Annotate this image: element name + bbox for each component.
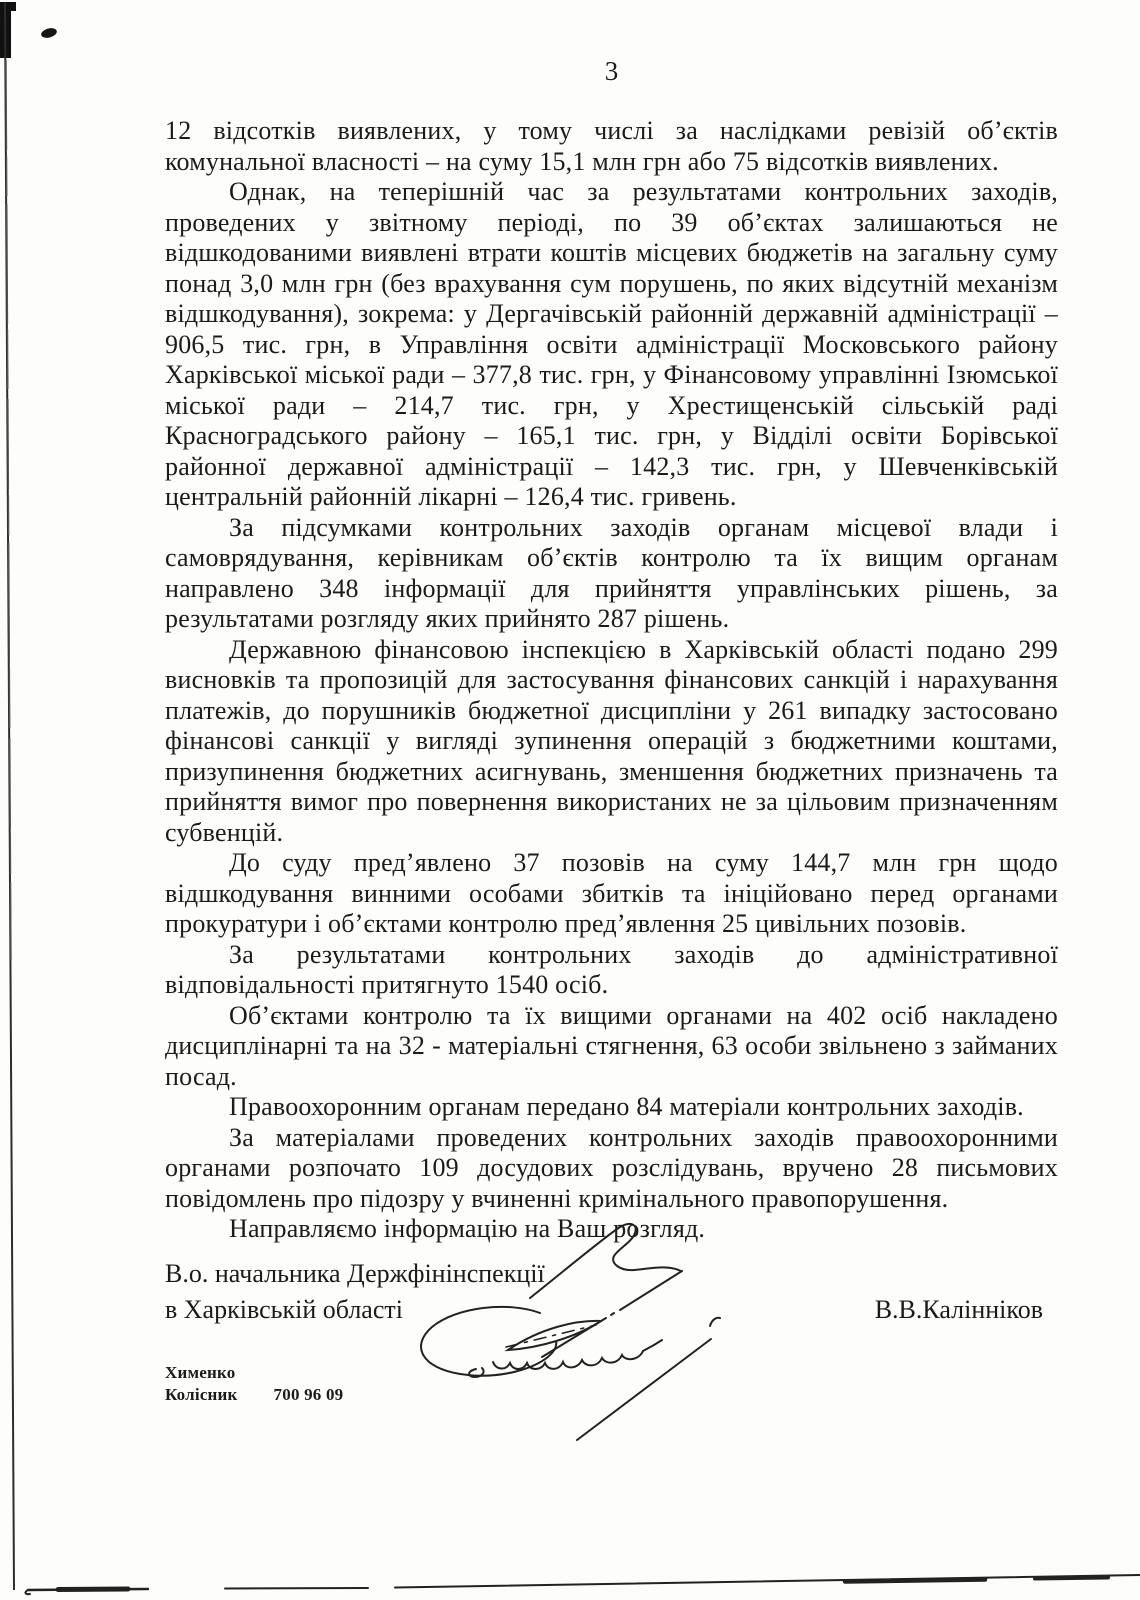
paragraph: За підсумками контрольних заходів органа…	[165, 513, 1058, 635]
scanned-document-page: 3 12 відсотків виявлених, у тому числі з…	[0, 0, 1140, 1600]
executors-note: Хименко Колісник700 96 09	[165, 1362, 343, 1406]
executor-phone: 700 96 09	[274, 1385, 344, 1404]
document-body: 12 відсотків виявлених, у тому числі за …	[165, 116, 1058, 1245]
executor-name-2: Колісник	[165, 1385, 238, 1404]
paragraph: Державною фінансовою інспекцією в Харків…	[165, 635, 1058, 849]
bottom-scan-line-artifact-icon	[0, 1555, 1140, 1600]
paragraph: Правоохоронним органам передано 84 матер…	[165, 1092, 1058, 1123]
paragraph: За результатами контрольних заходів до а…	[165, 940, 1058, 1001]
executor-line-2: Колісник700 96 09	[165, 1384, 343, 1406]
signature-icon	[380, 1180, 800, 1460]
paragraph: До суду пред’явлено 37 позовів на суму 1…	[165, 848, 1058, 940]
paragraph: 12 відсотків виявлених, у тому числі за …	[165, 116, 1058, 177]
signoff-name: В.В.Калінніков	[875, 1292, 1043, 1328]
paragraph: Об’єктами контролю та їх вищими органами…	[165, 1001, 1058, 1093]
executor-name-1: Хименко	[165, 1362, 343, 1384]
scan-edge-artifact-icon	[0, 0, 60, 1600]
paragraph: Однак, на теперішній час за результатами…	[165, 177, 1058, 513]
page-number: 3	[165, 56, 1058, 87]
